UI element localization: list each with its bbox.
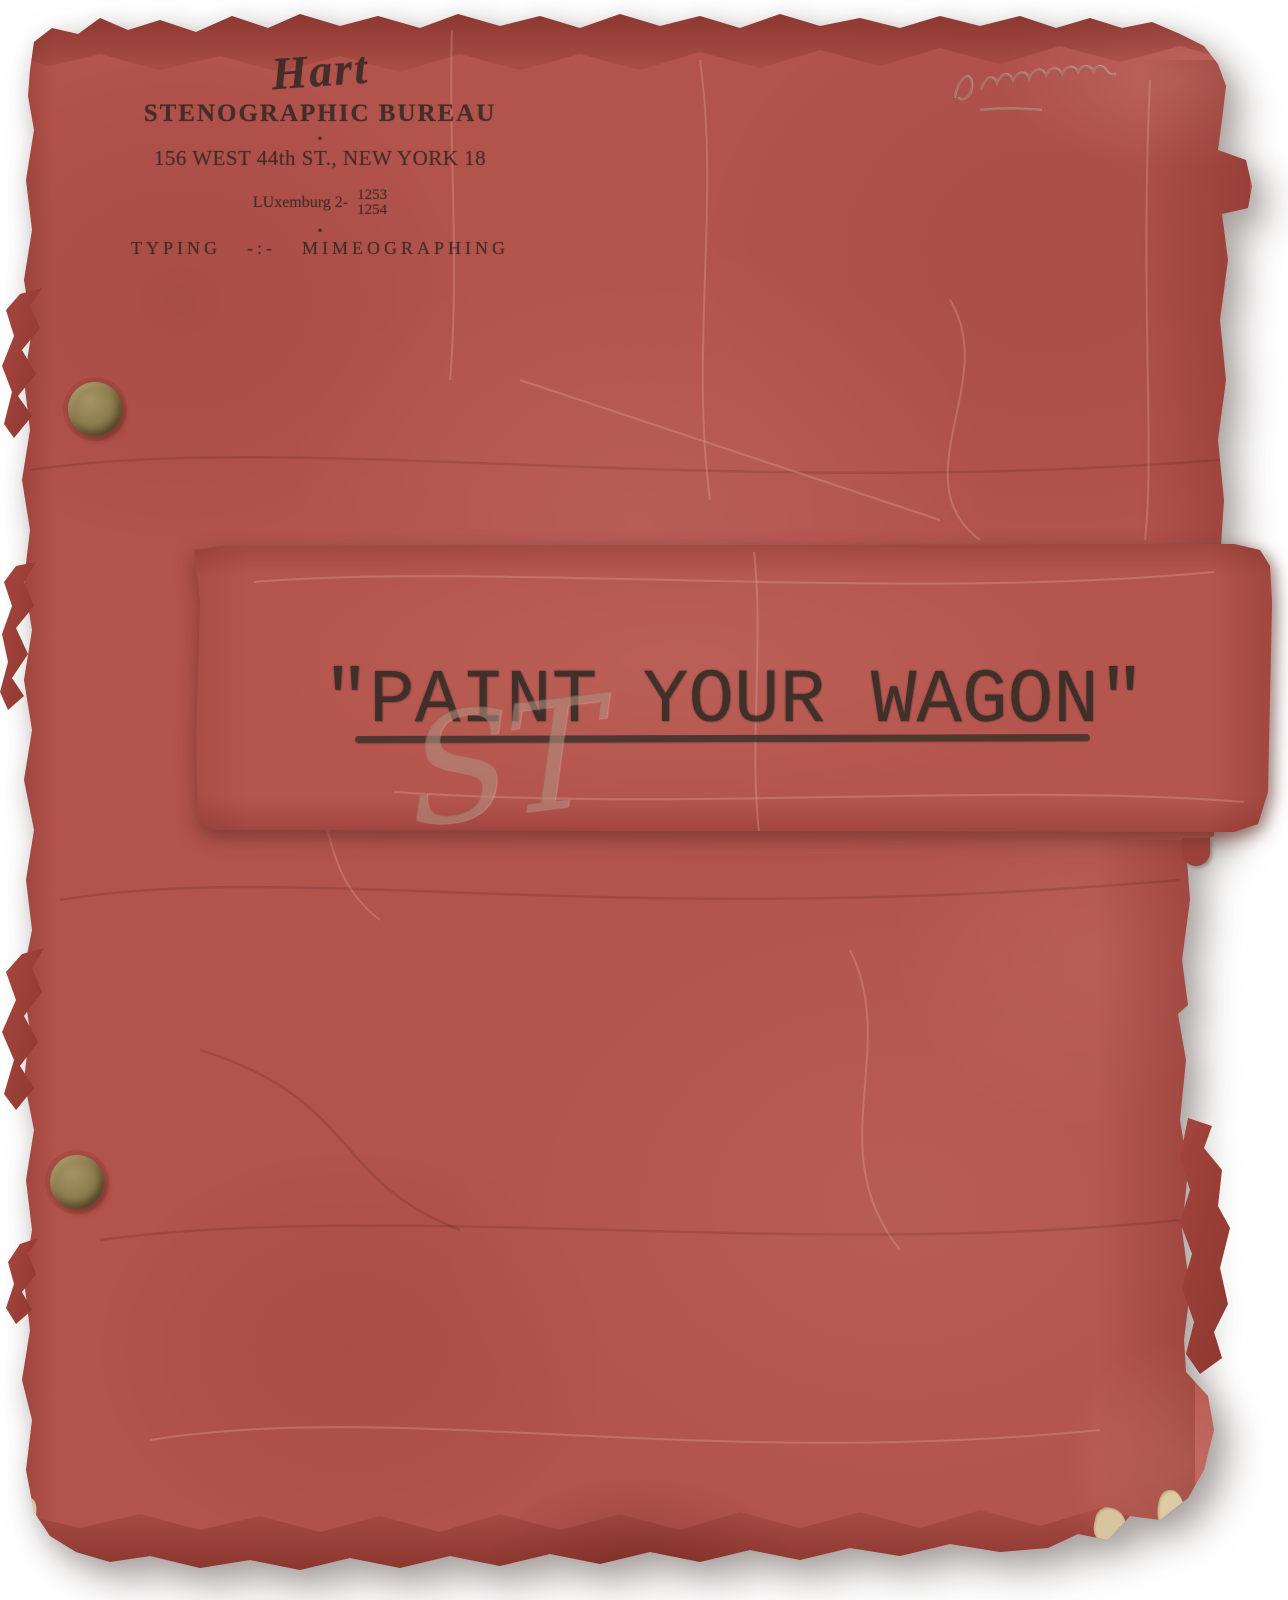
brad-fastener-bottom	[50, 1155, 104, 1209]
service-typing: TYPING	[131, 238, 221, 259]
letterhead-bureau-line: STENOGRAPHIC BUREAU	[128, 100, 512, 128]
phone-exchange: LUxemburg 2-	[253, 194, 348, 212]
title-strip-shadow-wrap: "PAINT YOUR WAGON"	[194, 542, 1274, 838]
brad-fastener-top	[68, 382, 122, 436]
curled-paper-tab	[1182, 838, 1210, 866]
letterhead-services: TYPING -:- MIMEOGRAPHING	[128, 238, 512, 259]
letterhead-address: 156 WEST 44th ST., NEW YORK 18	[128, 146, 512, 171]
letterhead-script-name: Hart	[127, 31, 514, 111]
phone-number-2: 1254	[357, 203, 387, 218]
script-cover-photo: Hart STENOGRAPHIC BUREAU • 156 WEST 44th…	[0, 0, 1288, 1600]
phone-numbers: 1253 1254	[357, 188, 387, 218]
pencil-inscription	[946, 58, 1160, 120]
worn-right-edge-lower	[1095, 840, 1195, 1520]
cream-underlay-patch	[18, 1497, 39, 1533]
service-mimeographing: MIMEOGRAPHING	[302, 238, 509, 259]
script-title: "PAINT YOUR WAGON"	[194, 663, 1274, 739]
worn-right-edge-upper	[1140, 60, 1250, 560]
pencil-monogram: ST	[405, 676, 602, 849]
phone-number-1: 1253	[357, 188, 387, 203]
service-divider: -:-	[247, 238, 276, 259]
letterhead: Hart STENOGRAPHIC BUREAU • 156 WEST 44th…	[128, 0, 512, 290]
letterhead-phone: LUxemburg 2- 1253 1254	[128, 188, 512, 218]
worn-left-edge	[0, 0, 54, 1600]
title-strip: "PAINT YOUR WAGON"	[194, 542, 1274, 838]
